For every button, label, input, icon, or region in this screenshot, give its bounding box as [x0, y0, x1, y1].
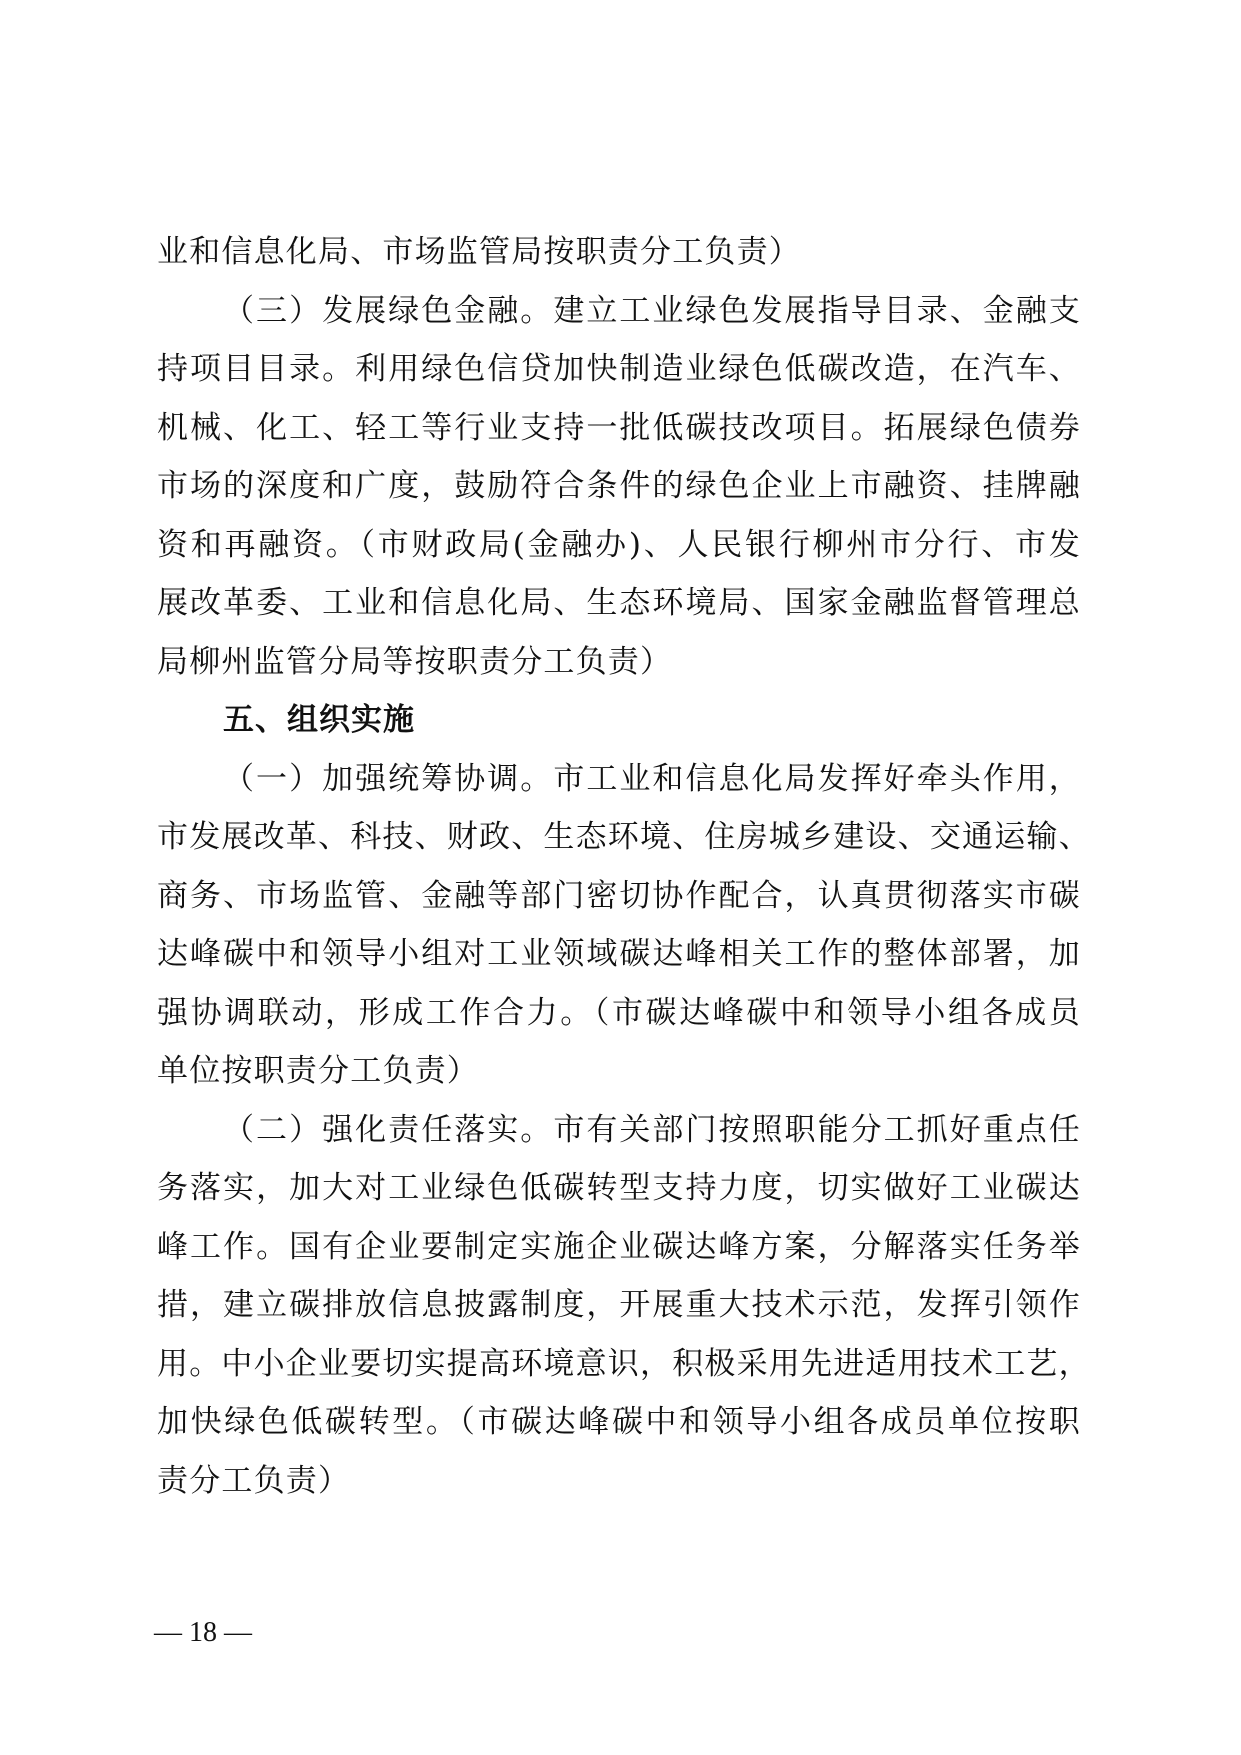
- text-line: 加快绿色低碳转型。（市碳达峰碳中和领导小组各成员单位按职: [157, 1393, 1081, 1452]
- text-line: 商务、市场监管、金融等部门密切协作配合，认真贯彻落实市碳: [157, 867, 1081, 926]
- section-heading: 五、组织实施: [157, 691, 1081, 750]
- text-line: 局柳州监管分局等按职责分工负责）: [157, 633, 1081, 692]
- paragraph-coordination: （一）加强统筹协调。市工业和信息化局发挥好牵头作用， 市发展改革、科技、财政、生…: [157, 750, 1081, 1101]
- text-line: 用。中小企业要切实提高环境意识，积极采用先进适用技术工艺，: [157, 1335, 1081, 1394]
- text-line: 务落实，加大对工业绿色低碳转型支持力度，切实做好工业碳达: [157, 1159, 1081, 1218]
- paragraph-responsibility: （二）强化责任落实。市有关部门按照职能分工抓好重点任 务落实，加大对工业绿色低碳…: [157, 1101, 1081, 1511]
- page-number: — 18 —: [154, 1613, 252, 1653]
- text-line: 市发展改革、科技、财政、生态环境、住房城乡建设、交通运输、: [157, 808, 1081, 867]
- text-line: 责分工负责）: [157, 1452, 1081, 1511]
- paragraph-green-finance: （三）发展绿色金融。建立工业绿色发展指导目录、金融支 持项目目录。利用绿色信贷加…: [157, 282, 1081, 692]
- text-line: （二）强化责任落实。市有关部门按照职能分工抓好重点任: [157, 1101, 1081, 1160]
- document-page: 业和信息化局、市场监管局按职责分工负责） （三）发展绿色金融。建立工业绿色发展指…: [157, 223, 1081, 1510]
- text-line: 业和信息化局、市场监管局按职责分工负责）: [157, 223, 1081, 282]
- paragraph-continuation: 业和信息化局、市场监管局按职责分工负责）: [157, 223, 1081, 282]
- text-line: 峰工作。国有企业要制定实施企业碳达峰方案，分解落实任务举: [157, 1218, 1081, 1277]
- text-line: 机械、化工、轻工等行业支持一批低碳技改项目。拓展绿色债券: [157, 399, 1081, 458]
- text-line: 措，建立碳排放信息披露制度，开展重大技术示范，发挥引领作: [157, 1276, 1081, 1335]
- text-line: 达峰碳中和领导小组对工业领域碳达峰相关工作的整体部署，加: [157, 925, 1081, 984]
- text-line: 单位按职责分工负责）: [157, 1042, 1081, 1101]
- text-line: 强协调联动，形成工作合力。（市碳达峰碳中和领导小组各成员: [157, 984, 1081, 1043]
- text-line: （三）发展绿色金融。建立工业绿色发展指导目录、金融支: [157, 282, 1081, 341]
- text-line: 展改革委、工业和信息化局、生态环境局、国家金融监督管理总: [157, 574, 1081, 633]
- text-line: 资和再融资。（市财政局(金融办)、人民银行柳州市分行、市发: [157, 516, 1081, 575]
- text-line: （一）加强统筹协调。市工业和信息化局发挥好牵头作用，: [157, 750, 1081, 809]
- text-line: 持项目目录。利用绿色信贷加快制造业绿色低碳改造，在汽车、: [157, 340, 1081, 399]
- text-line: 市场的深度和广度，鼓励符合条件的绿色企业上市融资、挂牌融: [157, 457, 1081, 516]
